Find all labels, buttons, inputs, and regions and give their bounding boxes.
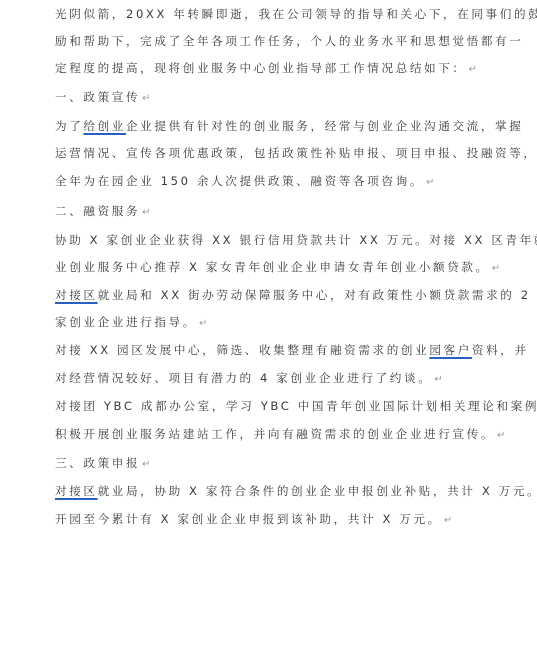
line-text: 对接 XX 园区发展中心，筛选、收集整理有融资需求的创业	[55, 343, 429, 357]
text-line: 对接团 YBC 成都办公室，学习 YBC 中国青年创业国际计划相关理论和案例，	[55, 396, 537, 416]
spellcheck-underlined-text: 给创业	[83, 119, 126, 133]
text-line: 对接区就业局，协助 X 家符合条件的创业企业申报创业补贴，共计 X 万元。	[55, 481, 537, 501]
line-text: 业创业服务中心推荐 X 家女青年创业企业申请女青年创业小额贷款。	[55, 260, 490, 274]
text-line: 三、政策申报↵	[55, 453, 151, 473]
line-text: 一、政策宣传	[55, 90, 140, 104]
paragraph-mark-icon: ↵	[469, 64, 477, 75]
text-line: 对接 XX 园区发展中心，筛选、收集整理有融资需求的创业园客户资料，并	[55, 340, 529, 360]
paragraph-mark-icon: ↵	[199, 318, 207, 329]
line-text: 为了	[55, 119, 83, 133]
line-text: 就业局和 XX 街办劳动保障服务中心，对有政策性小额贷款需求的 2	[98, 288, 531, 302]
spellcheck-underlined-text: 对接区	[55, 288, 98, 302]
line-text: 定程度的提高，现将创业服务中心创业指导部工作情况总结如下：	[55, 61, 467, 75]
text-line: 协助 X 家创业企业获得 XX 银行信用贷款共计 XX 万元。对接 XX 区青年…	[55, 230, 537, 250]
paragraph-mark-icon: ↵	[142, 459, 150, 470]
paragraph-mark-icon: ↵	[497, 430, 505, 441]
text-line: 全年为在园企业 150 余人次提供政策、融资等各项咨询。↵	[55, 171, 434, 191]
text-line: 业创业服务中心推荐 X 家女青年创业企业申请女青年创业小额贷款。↵	[55, 257, 500, 277]
text-line: 家创业企业进行指导。↵	[55, 312, 207, 332]
text-line: 开园至今累计有 X 家创业企业申报到该补助，共计 X 万元。↵	[55, 509, 452, 529]
text-line: 积极开展创业服务站建站工作，并向有融资需求的创业企业进行宣传。↵	[55, 424, 505, 444]
text-line: 对经营情况较好、项目有潜力的 4 家创业企业进行了约谈。↵	[55, 368, 443, 388]
line-text: 家创业企业进行指导。	[55, 315, 197, 329]
text-line: 定程度的提高，现将创业服务中心创业指导部工作情况总结如下：↵	[55, 58, 477, 78]
text-line: 为了给创业企业提供有针对性的创业服务，经常与创业企业沟通交流，掌握	[55, 116, 523, 136]
paragraph-mark-icon: ↵	[426, 177, 434, 188]
paragraph-mark-icon: ↵	[492, 263, 500, 274]
spellcheck-underlined-text: 对接区	[55, 484, 98, 498]
paragraph-mark-icon: ↵	[444, 515, 452, 526]
line-text: 运营情况、宣传各项优惠政策，包括政策性补贴申报、项目申报、投融资等，	[55, 146, 537, 160]
line-text: 对接团 YBC 成都办公室，学习 YBC 中国青年创业国际计划相关理论和案例，	[55, 399, 537, 413]
line-text: 资料，并	[472, 343, 529, 357]
text-line: 励和帮助下，完成了全年各项工作任务，个人的业务水平和思想觉悟都有一	[55, 31, 523, 51]
line-text: 励和帮助下，完成了全年各项工作任务，个人的业务水平和思想觉悟都有一	[55, 34, 523, 48]
line-text: 全年为在园企业 150 余人次提供政策、融资等各项咨询。	[55, 174, 424, 188]
text-line: 对接区就业局和 XX 街办劳动保障服务中心，对有政策性小额贷款需求的 2	[55, 285, 531, 305]
line-text: 光阴似箭，20XX 年转瞬即逝，我在公司领导的指导和关心下，在同事们的鼓	[55, 7, 537, 21]
line-text: 二、融资服务	[55, 204, 140, 218]
text-line: 一、政策宣传↵	[55, 87, 151, 107]
line-text: 开园至今累计有 X 家创业企业申报到该补助，共计 X 万元。	[55, 512, 442, 526]
line-text: 积极开展创业服务站建站工作，并向有融资需求的创业企业进行宣传。	[55, 427, 495, 441]
line-text: 三、政策申报	[55, 456, 140, 470]
paragraph-mark-icon: ↵	[142, 207, 150, 218]
line-text: 就业局，协助 X 家符合条件的创业企业申报创业补贴，共计 X 万元。	[98, 484, 537, 498]
line-text: 对经营情况较好、项目有潜力的 4 家创业企业进行了约谈。	[55, 371, 432, 385]
paragraph-mark-icon: ↵	[434, 374, 442, 385]
spellcheck-underlined-text: 园客户	[429, 343, 472, 357]
paragraph-mark-icon: ↵	[142, 93, 150, 104]
line-text: 协助 X 家创业企业获得 XX 银行信用贷款共计 XX 万元。对接 XX 区青年…	[55, 233, 537, 247]
text-line: 二、融资服务↵	[55, 201, 151, 221]
line-text: 企业提供有针对性的创业服务，经常与创业企业沟通交流，掌握	[126, 119, 523, 133]
text-line: 光阴似箭，20XX 年转瞬即逝，我在公司领导的指导和关心下，在同事们的鼓	[55, 4, 537, 24]
text-line: 运营情况、宣传各项优惠政策，包括政策性补贴申报、项目申报、投融资等，	[55, 143, 537, 163]
